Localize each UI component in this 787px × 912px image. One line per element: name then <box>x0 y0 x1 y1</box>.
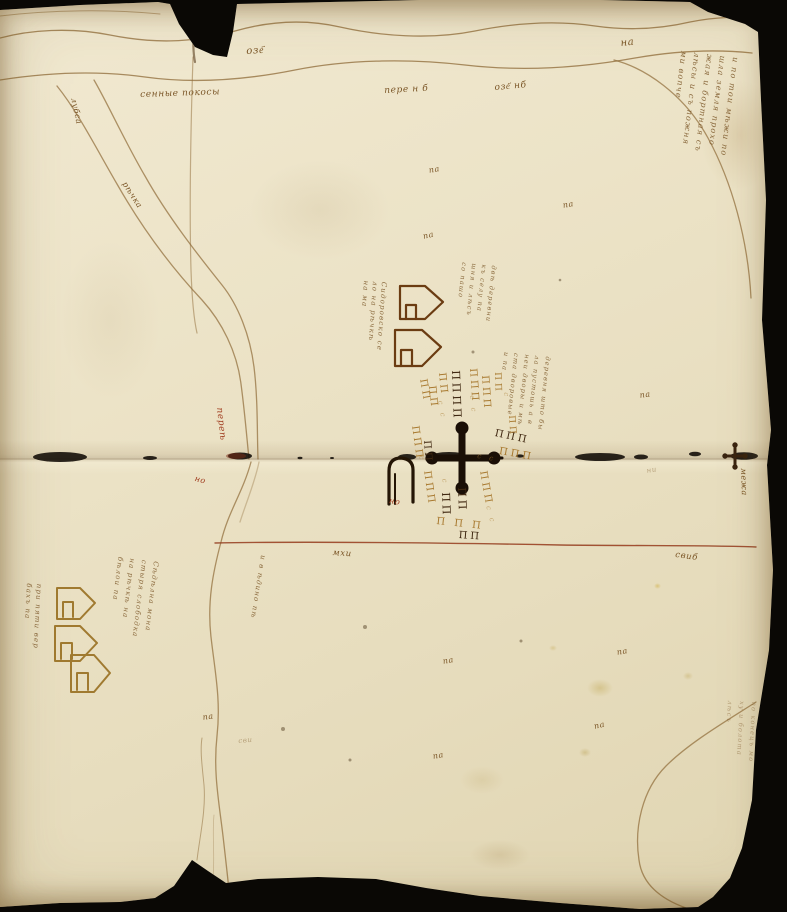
paper-edge-shadow <box>0 0 787 912</box>
manuscript-map-photo: ППППППППППППППППППППППППППППППППППППППП … <box>0 0 787 912</box>
manuscript-paper: ППППППППППППППППППППППППППППППППППППППП … <box>0 0 787 912</box>
